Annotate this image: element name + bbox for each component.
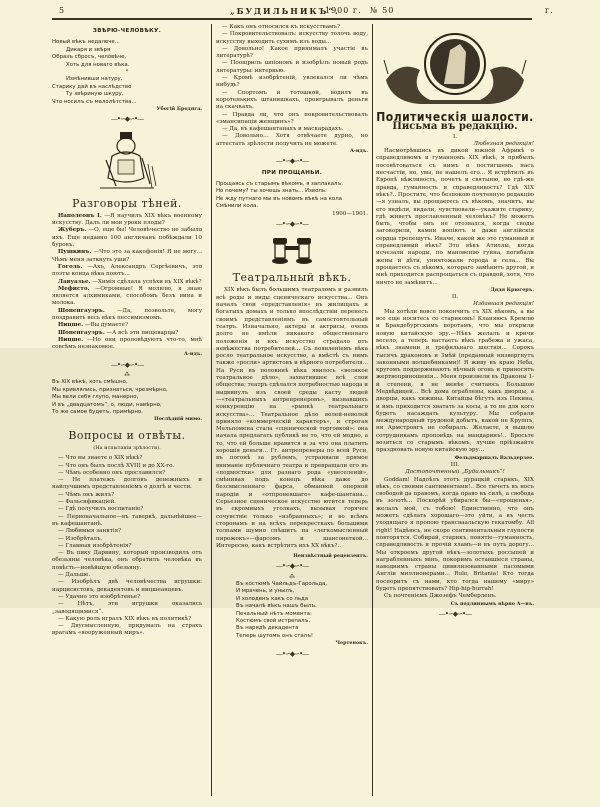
childe-harold-signature: Чертенокъ. xyxy=(216,640,368,647)
dialogue-line: Лавуазье. —Химія сдѣлала успѣхи въ XIX в… xyxy=(52,279,202,286)
letter-1: I.Любезная редакція!Насмотрѣвшись въ дик… xyxy=(376,134,534,295)
ornament-divider: —•∽◆∽•— xyxy=(52,362,202,369)
qa-line: — Чѣмъ особенно онъ прославился? xyxy=(52,470,202,477)
speaker-name: Гоголь. xyxy=(58,264,82,270)
qa-title: Вопросы и отвѣты. xyxy=(52,432,202,439)
opera-glasses-illustration xyxy=(269,234,315,266)
dialogue-line: — Правда ли, что онъ покровительствовалъ… xyxy=(216,112,368,127)
speaker-name: Шопенгауэръ. xyxy=(58,308,105,314)
left-column: ЗВѢРЮ-ЧЕЛОВѢКУ. Новый вѣкъ недалече...Ди… xyxy=(52,24,202,638)
dialogue-line: Пушкинъ. —Что это за какофонія! Я не мог… xyxy=(52,249,202,264)
qa-line: — Изобрѣлъ двѣ человѣчества игрушки: нар… xyxy=(52,579,202,594)
theatre-title: Театральный вѣкъ. xyxy=(216,274,368,281)
poem-line: * xyxy=(52,69,202,76)
letter-signature: Фельдмаршалъ Вальдерзее. xyxy=(376,455,534,462)
qa-line: — Гдѣ получилъ воспитаніе? xyxy=(52,506,202,513)
poem-line: Прощаясь съ старымъ вѣкомъ, я заплакалъ. xyxy=(216,181,368,188)
qa-line: — Что онъ былъ послѣ XVIII и до XX-го. xyxy=(52,463,202,470)
dialogue-continued-signature: А-идъ. xyxy=(216,148,368,155)
poem1: Новый вѣкъ недалече...Дикаря и звѣряОбра… xyxy=(52,39,202,106)
poem-line: Въ костюмѣ Чайльдъ-Гарольда, xyxy=(236,581,368,588)
poem-line: Не жду путнаго мы въ новомъ вѣкѣ на кола xyxy=(216,196,368,203)
poem-line: Въ XIX вѣкѣ, хоть смѣшно, xyxy=(52,379,202,386)
page-number-left: 5 xyxy=(59,6,65,15)
ornament-divider: —•∽◆∽•— xyxy=(216,158,368,165)
dialogue-line: Шопенгауэръ. —Да, позвольте, могу поздра… xyxy=(52,308,202,323)
letter-body: Насмотрѣвшись въ дикой южной Африкѣ о сп… xyxy=(376,148,534,287)
letter-numeral: I. xyxy=(376,134,534,141)
dialogue-line: — Покровительствовалъ: искусству толочь … xyxy=(216,31,368,46)
qa-line: — Что вы знаете о XIX вѣкѣ? xyxy=(52,455,202,462)
poem-line: Хоть для новаго вѣка. xyxy=(52,62,202,69)
dialogue-signature: А-идъ. xyxy=(52,351,202,358)
letter-body: Goddam! Надоѣлъ этотъ дурацкій старикъ, … xyxy=(376,477,534,594)
ornament-divider: —•∽◆∽•— xyxy=(216,221,368,228)
dialogue-line: — Довольно! Какое принималъ участіе въ л… xyxy=(216,46,368,61)
speaker-name: Ницше. xyxy=(58,322,83,328)
qa-line: — Не платежъ долговъ денежныхъ и найлучш… xyxy=(52,477,202,492)
dialogue-title: Разговоры тѣней. xyxy=(52,200,202,207)
poem-line: Костюмъ свой истрепалъ. xyxy=(236,618,368,625)
poem-line: Образъ сбросъ, человѣче, xyxy=(52,54,202,61)
farewell-poem-title: ПРИ ПРОЩАНЬИ. xyxy=(216,170,368,177)
dialogue-line: Жуберъ. —О, еще бы! Человѣчество не забы… xyxy=(52,227,202,249)
qa-line: — Какую роль игралъ XIX вѣкъ въ политикѣ… xyxy=(52,616,202,623)
qa-line: — Двусмысленную, придумалъ на страхъ вра… xyxy=(52,623,202,638)
dialogue-line: — Довольно... Хотя отвѣчаете дурно, но а… xyxy=(216,133,368,148)
dialogue-line: — Какъ онъ относился къ искусствамъ? xyxy=(216,24,368,31)
dialogue-line: Шопенгауэръ. —А всѣ эти пищеварцы? xyxy=(52,330,202,337)
poem-xix-signature: Послѣдній мимо. xyxy=(52,416,202,423)
speaker-name: Наполеонъ I. xyxy=(58,213,102,219)
qa-line: — Главныя изобрѣтенія? xyxy=(52,543,202,550)
newspaper-title: „БУДИЛЬНИКЪ“. xyxy=(230,6,340,16)
ornament-divider: —•∽◆∽•— xyxy=(216,563,368,570)
poem-line: Смѣнили кола. xyxy=(216,203,368,210)
right-column: Политическія шалости. Письма въ редакцію… xyxy=(376,24,534,621)
childe-harold-poem: Въ костюмѣ Чайльдъ-Гарольда,И мрачень, и… xyxy=(216,581,368,640)
poem-line: Ту звѣриную шкуру, xyxy=(52,91,202,98)
poem-line: Мы кривлялись, признаться, чрезмѣрно, xyxy=(52,387,202,394)
letter-closing: Съ почтеніемъ Джозефъ Чемберленъ. xyxy=(376,593,534,600)
ornament-divider: —•∽◆∽•— xyxy=(376,611,534,618)
poem-line: И въ „двадцатомъ“, о, люди, навѣрно, xyxy=(52,402,202,409)
ornament-divider: —•∽◆∽•— xyxy=(52,116,202,123)
page-mark-right: г. xyxy=(545,6,554,15)
newspaper-page: 5 „БУДИЛЬНИКЪ“. 1900 г. № 50 г. ЗВѢРЮ-ЧЕ… xyxy=(0,0,600,807)
old-man-reading-illustration xyxy=(92,130,162,192)
letter-signature: Дядя Крюгеръ. xyxy=(376,287,534,294)
farewell-date: 1900—1901. xyxy=(216,211,368,218)
section-subheading: Письма въ редакцію. xyxy=(376,123,534,130)
letter-body: Мы хотѣли вовсе покончить съ XIX вѣкомъ,… xyxy=(376,309,534,455)
speaker-name: Шопенгауэръ. xyxy=(58,330,105,336)
theatre-body: XIX вѣкъ былъ большимъ театраломъ и разв… xyxy=(216,287,368,550)
poem-line: Старику дай въ наслѣдство xyxy=(52,84,202,91)
poem-xix-century: Въ XIX вѣкѣ, хоть смѣшно,Мы кривлялись, … xyxy=(52,379,202,416)
letter-signature: Съ подлиннымъ вѣрно А—въ. xyxy=(376,601,534,608)
poem1-signature: Убогій Бродяга. xyxy=(52,106,202,113)
poem-line: Что носилъ съ малолѣтства... xyxy=(52,99,202,106)
qa-line: — Любимыя занятія? xyxy=(52,528,202,535)
qa-line: — Чѣмъ онъ жилъ? xyxy=(52,492,202,499)
issue-number: № 50 xyxy=(370,6,394,15)
poem-line: Но почему? ты хочешь знать... Изволь: xyxy=(216,188,368,195)
dialogue-body: Наполеонъ I. —Я научилъ XIX вѣкъ военном… xyxy=(52,213,202,352)
letter-2: II.Издавшая редакція!Мы хотѣли вовсе пок… xyxy=(376,294,534,462)
qa-subtitle: (На испытаніи зрѣлости). xyxy=(52,445,202,452)
qa-line: — Изобрѣталъ. xyxy=(52,536,202,543)
dialogue-line: — Кромѣ изобрѣтеній, увлекался ли чѣмъ н… xyxy=(216,75,368,90)
dialogue-line: Ницше. —Но они проповѣдуютъ что-то, мнѣ … xyxy=(52,337,202,352)
poem1-title: ЗВѢРЮ-ЧЕЛОВѢКУ. xyxy=(52,28,202,35)
qa-line: — Первоначальное—въ таверкѣ, дальнѣйшее—… xyxy=(52,514,202,529)
section-heading: Политическія шалости. xyxy=(376,114,534,121)
asterism: ⁂ xyxy=(216,574,368,581)
poem-line: Въ началѣ вѣкъ нашъ былъ. xyxy=(236,603,368,610)
poem-line: И холоденъ какъ со льда xyxy=(236,596,368,603)
dialogue-continued: — Какъ онъ относился къ искусствамъ?— По… xyxy=(216,24,368,148)
speaker-name: Жуберъ. xyxy=(58,227,86,233)
poem-line: Дикаря и звѣря xyxy=(52,47,202,54)
dialogue-line: Наполеонъ I. —Я научилъ XIX вѣкъ военном… xyxy=(52,213,202,228)
letter-greeting: Издавшая редакція! xyxy=(376,301,534,308)
speaker-name: Мефисто. xyxy=(58,286,90,292)
wreath-medallion-illustration xyxy=(380,30,530,108)
letters-list: I.Любезная редакція!Насмотрѣвшись въ дик… xyxy=(376,134,534,619)
poem-line: Измѣнивши натуру, xyxy=(52,76,202,83)
dialogue-line: Мефисто. —Огромные! Я молвлю, я знаю явл… xyxy=(52,286,202,308)
poem-line: Мы вели себя глупо, манерно, xyxy=(52,394,202,401)
letter-3: III.Достопочтенный „Будильникъ“!Goddam! … xyxy=(376,462,534,608)
poem-line: Теперь шутомъ онъ сталъ! xyxy=(236,633,368,640)
poem-line: Печальный нѣтъ момента: xyxy=(236,611,368,618)
theatre-signature: Неизвѣстный рецензентъ. xyxy=(216,553,368,560)
dialogue-line: Гоголь. —Ахъ, Александръ Сергѣевичъ, это… xyxy=(52,264,202,279)
speaker-name: Ницше. xyxy=(58,337,83,343)
speaker-name: Пушкинъ. xyxy=(58,249,91,255)
speaker-name: Лавуазье. xyxy=(58,279,91,285)
poem-line: Новый вѣкъ недалече... xyxy=(52,39,202,46)
dialogue-line: — Спортомъ и тотошкой, водилъ въ коротен… xyxy=(216,90,368,112)
dialogue-line: — Поощрилъ шпіоновъ и изобрѣлъ новый род… xyxy=(216,60,368,75)
qa-line: — Нѣтъ, эти игрушки оказались „заводящим… xyxy=(52,601,202,616)
ornament-divider: —•∽◆∽•— xyxy=(216,651,368,658)
issue-year: 1900 г. xyxy=(325,6,362,15)
poem-line: И мрачень, и унылъ, xyxy=(236,588,368,595)
header-rule xyxy=(52,18,532,20)
farewell-poem: Прощаясь съ старымъ вѣкомъ, я заплакалъ.… xyxy=(216,181,368,211)
qa-body: — Что вы знаете о XIX вѣкѣ?— Что онъ был… xyxy=(52,455,202,637)
dialogue-line: Ницше. —Вы думаете? xyxy=(52,322,202,329)
qa-line: — Въ пику Дарвину, который производилъ о… xyxy=(52,550,202,572)
letter-greeting: Достопочтенный „Будильникъ“! xyxy=(376,469,534,476)
asterism: ⁂ xyxy=(52,372,202,379)
poem-line: Въ нарядѣ декадента xyxy=(236,625,368,632)
middle-column: — Какъ онъ относился къ искусствамъ?— По… xyxy=(211,24,373,796)
letter-numeral: II. xyxy=(376,294,534,301)
